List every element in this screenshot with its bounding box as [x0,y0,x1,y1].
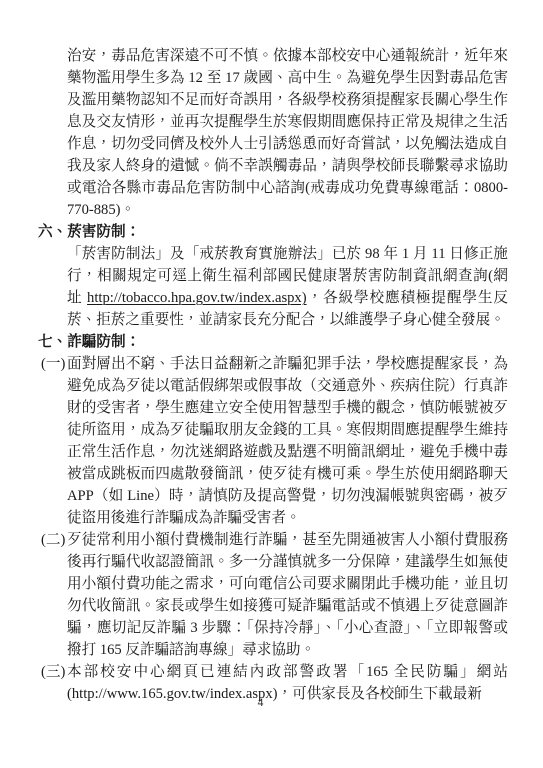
item-3-label: (三) [41,661,65,683]
section-6-body: 「菸害防制法」及「戒菸教育實施辦法」已於 98 年 1 月 11 日修正施行，相… [67,243,508,331]
paragraph-drug-prevention: 治安，毒品危害深遠不可不慎。依據本部校安中心通報統計，近年來藥物濫用學生多為 1… [67,45,508,221]
item-2-label: (二) [41,529,65,551]
page-number: 4 [0,697,532,709]
section-6-heading: 六、菸害防制： [38,221,508,243]
tobacco-url-link[interactable]: http://tobacco.hpa.gov.tw/index.aspx) [87,290,307,306]
document-content: 治安，毒品危害深遠不可不慎。依據本部校安中心通報統計，近年來藥物濫用學生多為 1… [38,45,508,705]
list-item-1: (一) 面對層出不窮、手法日益翻新之詐騙犯罪手法，學校應提醒家長，為避免成為歹徒… [38,353,508,529]
item-1-label: (一) [41,353,65,375]
section-7-heading: 七、詐騙防制： [38,331,508,353]
item-1-text: 面對層出不窮、手法日益翻新之詐騙犯罪手法，學校應提醒家長，為避免成為歹徒以電話假… [67,353,508,529]
item-2-text: 歹徒常利用小額付費機制進行詐騙，甚至先開通被害人小額付費服務後再行騙代收認證簡訊… [67,529,508,661]
list-item-2: (二) 歹徒常利用小額付費機制進行詐騙，甚至先開通被害人小額付費服務後再行騙代收… [38,529,508,661]
document-page: 治安，毒品危害深遠不可不慎。依據本部校安中心通報統計，近年來藥物濫用學生多為 1… [0,0,543,768]
